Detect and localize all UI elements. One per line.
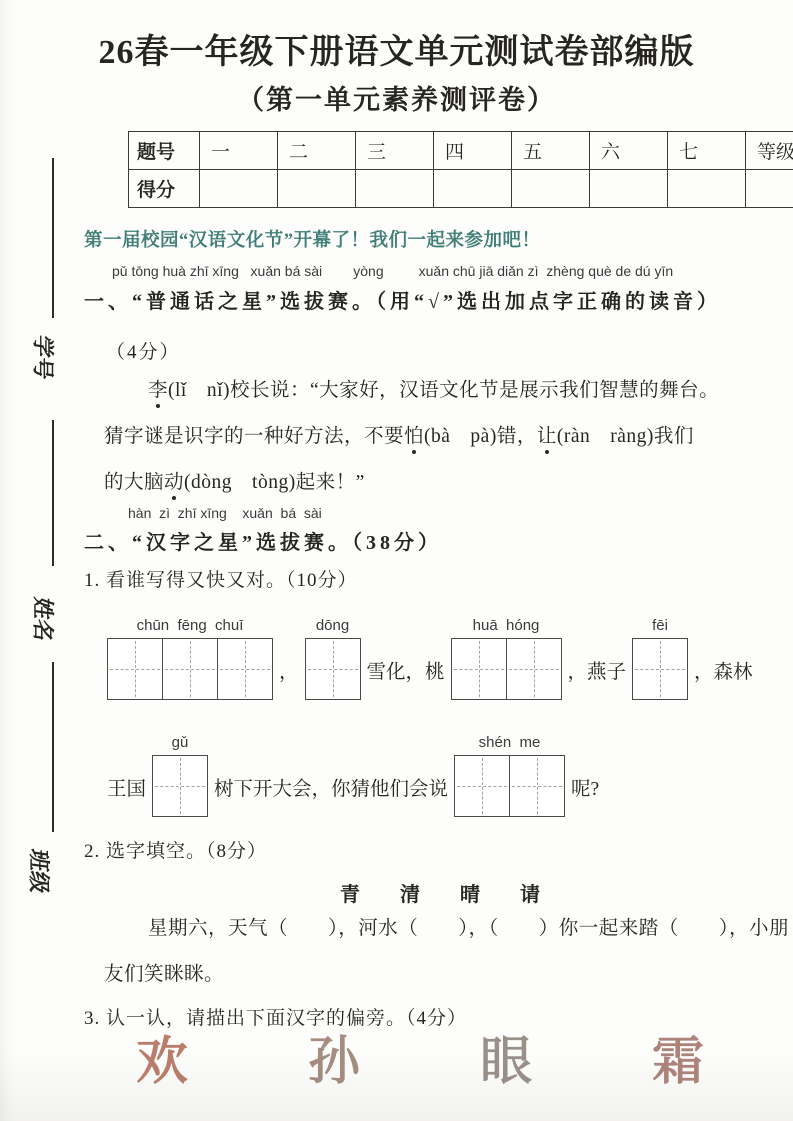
option-character: 请 [520, 878, 540, 907]
option-character: 青 [340, 878, 360, 907]
student-id-label: 学号 [29, 333, 60, 381]
question2-sentence-line1: 星期六，天气（ ），河水（ ），（ ）你一起来踏（ ），小朋 [148, 912, 789, 940]
tianzige-cell[interactable] [108, 639, 162, 699]
score-entry-cell [668, 170, 746, 208]
section2-pinyin: hàn zì zhī xīng xuǎn bá sài [128, 505, 322, 521]
name-label: 姓名 [29, 595, 60, 643]
grid-row-text: ， [279, 656, 299, 684]
tianzige-cell[interactable] [217, 639, 272, 699]
question-number-cell: 六 [590, 132, 668, 170]
page-subtitle: （第一单元素养测评卷） [0, 78, 793, 117]
scan-shadow-left [0, 0, 14, 1121]
text-segment: 的大脑 [104, 472, 164, 493]
section1-paragraph-line2: 猜字谜是识字的一种好方法，不要怕(bà pà)错，让(ràn ràng)我们 [104, 420, 694, 448]
exam-paper-page: 26春一年级下册语文单元测试卷部编版 （第一单元素养测评卷） 题号 一二三四五六… [0, 0, 793, 1121]
score-table-score-row: 得分 [129, 170, 793, 208]
writing-grid-unit: gǔ [152, 733, 208, 817]
writing-grid-row-2: 王国gǔ树下开大会，你猜他们会说shén me呢? [104, 733, 602, 817]
dotted-character: 动 [164, 472, 184, 493]
tianzige-cell[interactable] [506, 639, 561, 699]
class-label: 班级 [25, 847, 56, 895]
tianzige-box[interactable] [305, 638, 361, 700]
section1-paragraph-line1: 李(lǐ nǐ)校长说：“大家好，汉语文化节是展示我们智慧的舞台。 [148, 374, 719, 402]
grid-pinyin-label: huā hóng [473, 616, 540, 638]
tianzige-box[interactable] [454, 755, 565, 817]
score-entry-cell [434, 170, 512, 208]
grid-pinyin-label: shén me [479, 733, 541, 755]
writing-grid-unit: fēi [632, 616, 688, 700]
grid-row-text: ，森林 [694, 656, 753, 684]
tianzige-cell[interactable] [455, 756, 509, 816]
grid-pinyin-label: gǔ [172, 733, 189, 755]
writing-grid-unit: chūn fēng chuī [107, 616, 273, 700]
class-fill-line [52, 662, 54, 832]
dotted-character: 怕 [404, 426, 424, 447]
score-entry-cell [590, 170, 668, 208]
tianzige-box[interactable] [152, 755, 208, 817]
question-number-cell: 等级 [746, 132, 793, 170]
question2-label: 2. 选字填空。（8分） [84, 836, 267, 863]
grid-row-text: ，燕子 [568, 656, 627, 684]
tianzige-cell[interactable] [153, 756, 207, 816]
grid-pinyin-label: dōng [316, 616, 349, 638]
score-entry-cell [356, 170, 434, 208]
character-options-row: 青清晴请 [340, 878, 540, 907]
question-number-cell: 三 [356, 132, 434, 170]
question-number-cell: 二 [278, 132, 356, 170]
writing-grid-unit: dōng [305, 616, 361, 700]
text-segment: (dòng tòng)起来！” [184, 472, 365, 493]
text-segment: (lǐ nǐ)校长说：“大家好，汉语文化节是展示我们智慧的舞台。 [168, 380, 719, 401]
option-character: 清 [400, 878, 420, 907]
section1-heading: 一、“普通话之星”选拔赛。（用“√”选出加点字正确的读音） [84, 285, 721, 314]
dotted-character: 李 [148, 380, 168, 401]
score-table-score-label: 得分 [129, 170, 200, 208]
text-segment: (bà pà)错， [424, 426, 537, 447]
tianzige-cell[interactable] [509, 756, 564, 816]
tianzige-cell[interactable] [162, 639, 217, 699]
score-entry-cell [512, 170, 590, 208]
tianzige-cell[interactable] [306, 639, 360, 699]
tianzige-cell[interactable] [452, 639, 506, 699]
score-entry-cell [200, 170, 278, 208]
text-segment: 猜字谜是识字的一种好方法，不要 [104, 426, 404, 447]
score-entry-cell [746, 170, 793, 208]
grid-pinyin-label: fēi [652, 616, 668, 638]
question-number-cell: 七 [668, 132, 746, 170]
question-number-cell: 一 [200, 132, 278, 170]
tianzige-cell[interactable] [633, 639, 687, 699]
score-table-header-label: 题号 [129, 132, 200, 170]
text-segment: (ràn ràng)我们 [557, 426, 694, 447]
intro-banner-text: 第一届校园“汉语文化节”开幕了！我们一起来参加吧！ [84, 226, 541, 252]
writing-grid-row-1: chūn fēng chuī，dōng雪化，桃huā hóng，燕子fēi，森林 [104, 616, 756, 700]
tianzige-box[interactable] [632, 638, 688, 700]
section1-score-note: （4分） [106, 337, 181, 364]
writing-grid-unit: shén me [454, 733, 565, 817]
tianzige-box[interactable] [107, 638, 273, 700]
writing-grid-unit: huā hóng [451, 616, 562, 700]
question-number-cell: 五 [512, 132, 590, 170]
grid-row-text: 雪化，桃 [367, 656, 445, 684]
section1-pinyin: pǔ tōng huà zhī xīng xuǎn bá sài yòng xu… [112, 263, 673, 279]
scan-shadow-bottom [0, 1051, 793, 1121]
tianzige-box[interactable] [451, 638, 562, 700]
question1-label: 1. 看谁写得又快又对。（10分） [84, 565, 358, 592]
score-table: 题号 一二三四五六七等级 得分 [128, 131, 793, 208]
question3-label: 3. 认一认，请描出下面汉字的偏旁。（4分） [84, 1003, 467, 1030]
student-id-fill-line [52, 158, 54, 318]
score-entry-cell [278, 170, 356, 208]
section1-paragraph-line3: 的大脑动(dòng tòng)起来！” [104, 466, 365, 494]
page-title: 26春一年级下册语文单元测试卷部编版 [0, 24, 793, 73]
section2-heading: 二、“汉字之星”选拔赛。（38分） [84, 526, 442, 555]
grid-pinyin-label: chūn fēng chuī [137, 616, 244, 638]
score-table-header-row: 题号 一二三四五六七等级 [129, 132, 793, 170]
grid-row-text: 王国 [107, 773, 146, 801]
question-number-cell: 四 [434, 132, 512, 170]
grid-row-text: 树下开大会，你猜他们会说 [214, 773, 448, 801]
option-character: 晴 [460, 878, 480, 907]
grid-row-text: 呢? [571, 773, 599, 801]
question2-sentence-line2: 友们笑眯眯。 [104, 958, 224, 986]
name-fill-line [52, 420, 54, 566]
dotted-character: 让 [537, 426, 557, 447]
